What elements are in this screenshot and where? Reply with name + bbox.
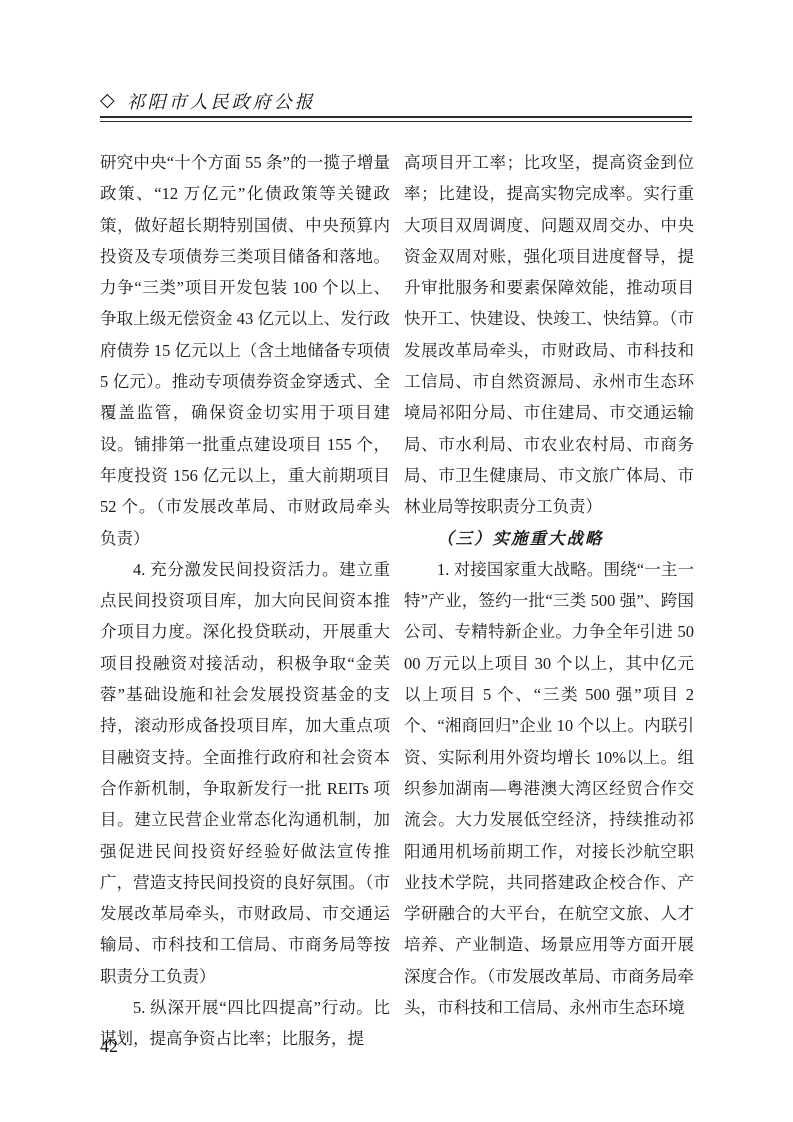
- paragraph: 研究中央“十个方面 55 条”的一揽子增量政策、“12 万亿元”化债政策等关键政…: [100, 147, 390, 554]
- header-divider: [100, 116, 692, 122]
- paragraph: 4. 充分激发民间投资活力。建立重点民间投资项目库，加大向民间资本推介项目力度。…: [100, 554, 390, 992]
- running-head: ◇ 祁阳市人民政府公报: [100, 88, 692, 114]
- page-number: 42: [100, 1036, 118, 1057]
- right-column: 高项目开工率；比攻坚，提高资金到位率；比建设，提高实物完成率。实行重大项目双周调…: [404, 147, 694, 1055]
- left-column: 研究中央“十个方面 55 条”的一揽子增量政策、“12 万亿元”化债政策等关键政…: [100, 147, 390, 1055]
- diamond-icon: ◇: [100, 91, 115, 110]
- paragraph: 高项目开工率；比攻坚，提高资金到位率；比建设，提高实物完成率。实行重大项目双周调…: [404, 147, 694, 523]
- gazette-page: ◇ 祁阳市人民政府公报 研究中央“十个方面 55 条”的一揽子增量政策、“12 …: [0, 0, 793, 1122]
- section-heading: （三）实施重大战略: [404, 523, 694, 554]
- page-title: 祁阳市人民政府公报: [127, 88, 316, 114]
- paragraph: 5. 纵深开展“四比四提高”行动。比谋划，提高争资占比率；比服务，提: [100, 992, 390, 1055]
- paragraph: 1. 对接国家重大战略。围绕“一主一特”产业，签约一批“三类 500 强”、跨国…: [404, 554, 694, 1023]
- two-column-body: 研究中央“十个方面 55 条”的一揽子增量政策、“12 万亿元”化债政策等关键政…: [100, 147, 693, 1055]
